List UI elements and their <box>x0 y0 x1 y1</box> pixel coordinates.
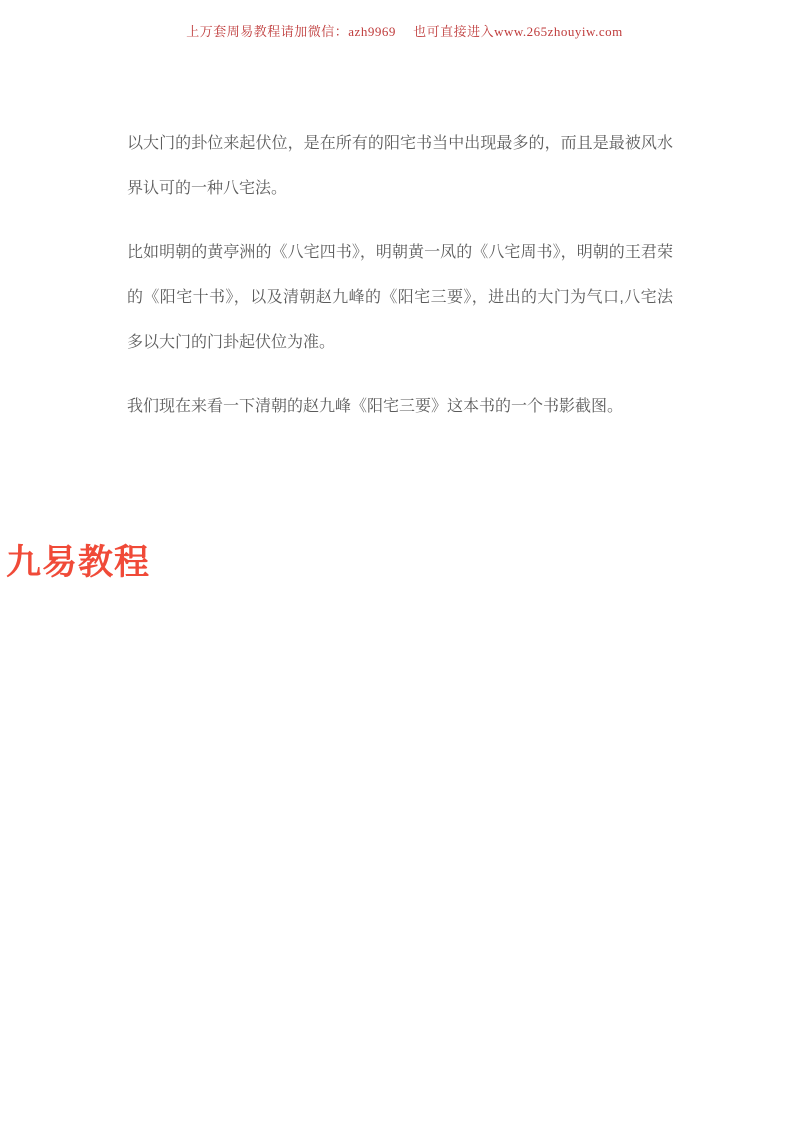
paragraph-3: 我们现在来看一下清朝的赵九峰《阳宅三要》这本书的一个书影截图。 <box>127 384 673 429</box>
document-page: 上万套周易教程请加微信：azh9969 也可直接进入www.265zhouyiw… <box>0 0 794 1123</box>
paragraph-1: 以大门的卦位来起伏位，是在所有的阳宅书当中出现最多的，而且是最被风水界认可的一种… <box>127 121 673 211</box>
page-header: 上万套周易教程请加微信：azh9969 也可直接进入www.265zhouyiw… <box>0 5 794 59</box>
header-promo-text: 上万套周易教程请加微信：azh9969 也可直接进入www.265zhouyiw… <box>186 24 622 39</box>
paragraph-2: 比如明朝的黄亭洲的《八宅四书》，明朝黄一凤的《八宅周书》，明朝的王君荣的《阳宅十… <box>127 230 673 365</box>
article-body: 以大门的卦位来起伏位，是在所有的阳宅书当中出现最多的，而且是最被风水界认可的一种… <box>127 121 673 429</box>
watermark-brand-text: 九易教程 <box>6 545 150 580</box>
